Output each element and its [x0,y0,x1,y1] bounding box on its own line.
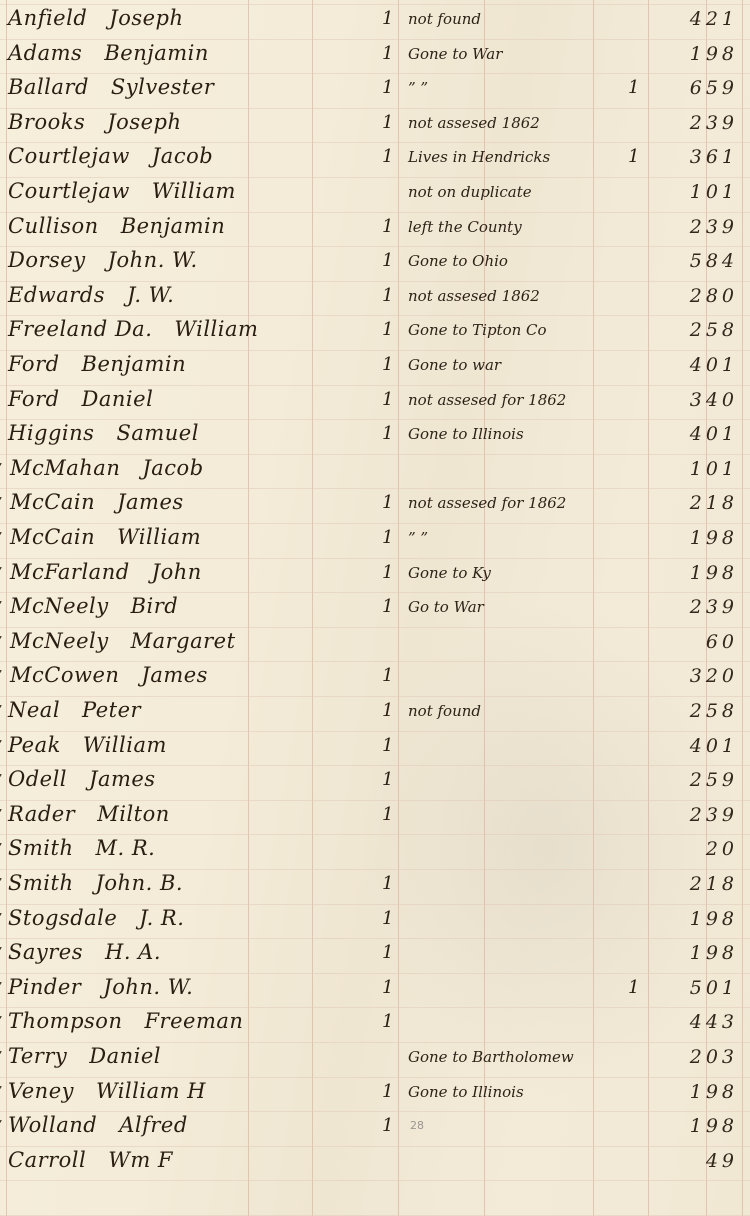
person-name: McCowenJames [10,663,208,687]
surname: Courtlejaw [8,144,130,168]
person-name: CarrollWm F [8,1148,173,1172]
ledger-row: ʼ McFarlandJohn 1 Gone to Ky 198 [0,558,750,593]
person-name: ThompsonFreeman [8,1009,243,1033]
given-name: Alfred [119,1113,188,1137]
ledger-row: ʼ SmithM. R. 20 [0,834,750,869]
margin-mark: ʼ [0,667,2,686]
surname: Terry [8,1044,67,1068]
remark: Gone to Ohio [408,252,508,270]
person-name: CourtlejawJacob [8,144,213,168]
person-name: AdamsBenjamin [8,41,209,65]
remark: ” ” [408,529,428,547]
given-name: Daniel [82,387,154,411]
amount: 401 [690,735,738,757]
count-mark: 1 [382,285,393,306]
amount: 60 [706,631,738,653]
amount: 401 [690,354,738,376]
amount: 259 [690,769,738,791]
count-mark: 1 [382,1011,393,1032]
count-mark: 1 [382,250,393,271]
pencil-note: 28 [410,1119,424,1132]
remark: Gone to war [408,356,501,374]
count-mark: 1 [382,908,393,929]
remark: not assesed 1862 [408,114,540,132]
given-name: James [117,490,184,514]
amount: 659 [690,77,738,99]
surname: Higgins [8,421,94,445]
person-name: McNeelyMargaret [10,629,236,653]
amount: 584 [690,250,738,272]
surname: McMahan [10,456,120,480]
amount: 218 [690,873,738,895]
margin-mark: ʼ [0,494,2,513]
given-name: Benjamin [82,352,187,376]
surname: Carroll [8,1148,86,1172]
margin-mark: ʼ [0,944,2,963]
count-mark: 1 [382,389,393,410]
count-mark: 1 [382,319,393,340]
amount: 198 [690,942,738,964]
amount: 361 [690,146,738,168]
ledger-row: ʼ NealPeter 1 not found 258 [0,696,750,731]
ledger-row: AdamsBenjamin 1 Gone to War 198 [0,39,750,74]
amount: 198 [690,908,738,930]
surname: Anfield [8,6,87,30]
given-name: J. W. [127,283,174,307]
margin-mark: ʼ [0,737,2,756]
person-name: TerryDaniel [8,1044,161,1068]
amount: 239 [690,804,738,826]
amount: 198 [690,1115,738,1137]
surname: Freeland Da. [8,317,152,341]
ledger-page: AnfieldJoseph 1 not found 421 AdamsBenja… [0,0,750,1216]
surname: Odell [8,767,67,791]
person-name: FordBenjamin [8,352,186,376]
ledger-row: ʼ McCainJames 1 not assesed for 1862 218 [0,488,750,523]
remark: left the County [408,218,522,236]
ledger-row: BallardSylvester 1 ” ” 1 659 [0,73,750,108]
surname: Smith [8,836,73,860]
count-mark: 1 [382,977,393,998]
margin-mark: ʼ [0,771,2,790]
given-name: John. W. [108,248,198,272]
ledger-row: ʼ McMahanJacob 101 [0,454,750,489]
person-name: PinderJohn. W. [8,975,193,999]
given-name: John. B. [95,871,183,895]
count-mark: 1 [382,423,393,444]
person-name: McFarlandJohn [10,560,202,584]
remark: Gone to Bartholomew [408,1048,574,1066]
amount: 239 [690,112,738,134]
person-name: OdellJames [8,767,156,791]
surname: Ford [8,387,60,411]
remark: not assesed for 1862 [408,494,566,512]
ledger-row: AnfieldJoseph 1 not found 421 [0,4,750,39]
ledger-row: CourtlejawWilliam not on duplicate 101 [0,177,750,212]
amount: 340 [690,389,738,411]
surname: Brooks [8,110,85,134]
given-name: William [152,179,236,203]
surname: McCowen [10,663,119,687]
remark: Go to War [408,598,484,616]
given-name: James [89,767,156,791]
surname: Veney [8,1079,74,1103]
count-mark: 1 [382,146,393,167]
amount: 401 [690,423,738,445]
amount: 421 [690,8,738,30]
given-name: Peter [82,698,141,722]
ledger-row: FordBenjamin 1 Gone to war 401 [0,350,750,385]
surname: McNeely [10,629,109,653]
amount: 239 [690,596,738,618]
remark: not found [408,10,481,28]
amount: 258 [690,319,738,341]
count-mark: 1 [382,492,393,513]
surname: McNeely [10,594,109,618]
remark: ” ” [408,79,428,97]
amount: 320 [690,665,738,687]
ledger-row: ʼ VeneyWilliam H 1 Gone to Illinois 198 [0,1077,750,1112]
margin-mark: ʼ [0,460,2,479]
given-name: Bird [131,594,179,618]
surname: Edwards [8,283,105,307]
amount: 443 [690,1011,738,1033]
ledger-row: ʼ OdellJames 1 259 [0,765,750,800]
margin-mark: ʼ [0,875,2,894]
count-mark-2: 1 [628,77,639,98]
given-name: Jacob [152,144,213,168]
margin-mark: ʼ [0,633,2,652]
ledger-row: ʼ McNeelyBird 1 Go to War 239 [0,592,750,627]
person-name: CullisonBenjamin [8,214,225,238]
given-name: John. W. [103,975,193,999]
surname: Adams [8,41,82,65]
ledger-row: EdwardsJ. W. 1 not assesed 1862 280 [0,281,750,316]
count-mark: 1 [382,596,393,617]
count-mark: 1 [382,527,393,548]
count-mark: 1 [382,804,393,825]
ledger-row: ʼ McCainWilliam 1 ” ” 198 [0,523,750,558]
surname: Ford [8,352,60,376]
ledger-row: HigginsSamuel 1 Gone to Illinois 401 [0,419,750,454]
count-mark: 1 [382,665,393,686]
amount: 198 [690,43,738,65]
given-name: William [117,525,201,549]
ledger-row: CarrollWm F 49 [0,1146,750,1181]
ledger-row: ʼ ThompsonFreeman 1 443 [0,1007,750,1042]
person-name: RaderMilton [8,802,170,826]
remark: not assesed 1862 [408,287,540,305]
person-name: WollandAlfred [8,1113,188,1137]
person-name: AnfieldJoseph [8,6,184,30]
given-name: Wm F [108,1148,173,1172]
amount: 198 [690,1081,738,1103]
amount: 198 [690,527,738,549]
person-name: DorseyJohn. W. [8,248,198,272]
given-name: H. A. [105,940,161,964]
ledger-row: BrooksJoseph 1 not assesed 1862 239 [0,108,750,143]
margin-mark: ʼ [0,564,2,583]
margin-mark: ʼ [0,1048,2,1067]
surname: Neal [8,698,60,722]
given-name: Jacob [142,456,203,480]
count-mark: 1 [382,77,393,98]
count-mark: 1 [382,216,393,237]
person-name: StogsdaleJ. R. [8,906,184,930]
given-name: Margaret [131,629,236,653]
surname: Cullison [8,214,99,238]
count-mark: 1 [382,873,393,894]
ledger-row: DorseyJohn. W. 1 Gone to Ohio 584 [0,246,750,281]
given-name: Milton [97,802,170,826]
ledger-row: ʼ PeakWilliam 1 401 [0,731,750,766]
amount: 218 [690,492,738,514]
remark: not on duplicate [408,183,532,201]
ledger-row: ʼ StogsdaleJ. R. 1 198 [0,904,750,939]
person-name: EdwardsJ. W. [8,283,174,307]
remark: not found [408,702,481,720]
given-name: Joseph [109,6,183,30]
surname: Rader [8,802,75,826]
given-name: William H [96,1079,206,1103]
surname: Sayres [8,940,83,964]
count-mark: 1 [382,1081,393,1102]
count-mark: 1 [382,8,393,29]
remark: not assesed for 1862 [408,391,566,409]
person-name: McCainWilliam [10,525,201,549]
surname: Courtlejaw [8,179,130,203]
given-name: Benjamin [121,214,226,238]
count-mark-2: 1 [628,977,639,998]
given-name: Sylvester [111,75,214,99]
amount: 101 [690,458,738,480]
amount: 501 [690,977,738,999]
person-name: HigginsSamuel [8,421,199,445]
given-name: William [83,733,167,757]
surname: McFarland [10,560,130,584]
remark: Gone to Ky [408,564,491,582]
amount: 198 [690,562,738,584]
surname: Pinder [8,975,81,999]
ledger-row: ʼ SmithJohn. B. 1 218 [0,869,750,904]
count-mark: 1 [382,43,393,64]
given-name: M. R. [95,836,155,860]
surname: Wolland [8,1113,97,1137]
ledger-row: CullisonBenjamin 1 left the County 239 [0,212,750,247]
margin-mark: ʼ [0,1083,2,1102]
count-mark: 1 [382,1115,393,1136]
ledger-row: ʼ McCowenJames 1 320 [0,661,750,696]
ledger-row: ʼ PinderJohn. W. 1 1 501 [0,973,750,1008]
amount: 203 [690,1046,738,1068]
person-name: BrooksJoseph [8,110,182,134]
surname: Thompson [8,1009,122,1033]
person-name: SmithJohn. B. [8,871,183,895]
person-name: PeakWilliam [8,733,167,757]
margin-mark: ʼ [0,840,2,859]
person-name: FordDaniel [8,387,153,411]
amount: 239 [690,216,738,238]
surname: Dorsey [8,248,86,272]
ledger-row: Freeland Da.William 1 Gone to Tipton Co … [0,315,750,350]
amount: 101 [690,181,738,203]
margin-mark: ʼ [0,598,2,617]
remark: Gone to Tipton Co [408,321,547,339]
person-name: McCainJames [10,490,184,514]
count-mark: 1 [382,735,393,756]
ledger-row: ʼ RaderMilton 1 239 [0,800,750,835]
margin-mark: ʼ [0,702,2,721]
margin-mark: ʼ [0,1117,2,1136]
amount: 280 [690,285,738,307]
amount: 20 [706,838,738,860]
given-name: Samuel [116,421,199,445]
person-name: SmithM. R. [8,836,155,860]
person-name: VeneyWilliam H [8,1079,206,1103]
remark: Gone to Illinois [408,425,524,443]
margin-mark: ʼ [0,806,2,825]
person-name: NealPeter [8,698,141,722]
remark: Lives in Hendricks [408,148,550,166]
count-mark: 1 [382,354,393,375]
person-name: McMahanJacob [10,456,204,480]
given-name: James [141,663,208,687]
person-name: BallardSylvester [8,75,214,99]
given-name: Freeman [144,1009,243,1033]
count-mark: 1 [382,112,393,133]
person-name: McNeelyBird [10,594,178,618]
count-mark: 1 [382,942,393,963]
count-mark-2: 1 [628,146,639,167]
count-mark: 1 [382,769,393,790]
person-name: Freeland Da.William [8,317,258,341]
surname: McCain [10,490,95,514]
ledger-row: CourtlejawJacob 1 Lives in Hendricks 1 3… [0,142,750,177]
margin-mark: ʼ [0,979,2,998]
surname: Ballard [8,75,89,99]
margin-mark: ʼ [0,529,2,548]
given-name: William [174,317,258,341]
given-name: J. R. [139,906,184,930]
surname: McCain [10,525,95,549]
remark: Gone to Illinois [408,1083,524,1101]
count-mark: 1 [382,562,393,583]
given-name: Joseph [107,110,181,134]
ledger-row: ʼ TerryDaniel Gone to Bartholomew 203 [0,1042,750,1077]
amount: 258 [690,700,738,722]
margin-mark: ʼ [0,1013,2,1032]
margin-mark: ʼ [0,910,2,929]
remark: Gone to War [408,45,502,63]
given-name: Daniel [89,1044,161,1068]
surname: Smith [8,871,73,895]
amount: 49 [706,1150,738,1172]
surname: Stogsdale [8,906,117,930]
count-mark: 1 [382,700,393,721]
person-name: SayresH. A. [8,940,161,964]
ledger-row: FordDaniel 1 not assesed for 1862 340 [0,385,750,420]
ledger-row: ʼ McNeelyMargaret 60 [0,627,750,662]
surname: Peak [8,733,61,757]
person-name: CourtlejawWilliam [8,179,236,203]
ledger-row: ʼ WollandAlfred 1 28 198 [0,1111,750,1146]
ledger-row: ʼ SayresH. A. 1 198 [0,938,750,973]
given-name: John [152,560,202,584]
given-name: Benjamin [104,41,209,65]
